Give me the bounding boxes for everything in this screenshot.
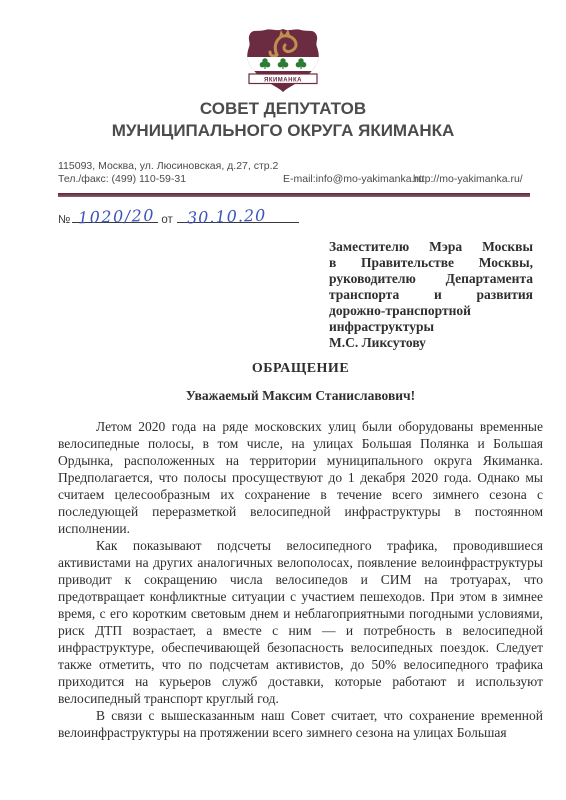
letter-paragraph: Летом 2020 года на ряде московских улиц …: [58, 418, 543, 537]
crest-ribbon: ЯКИМАНКА: [249, 74, 317, 84]
org-phone: Тел./факс: (499) 110-59-31: [58, 173, 186, 185]
letter-paragraph: Как показывают подсчеты велосипедного тр…: [58, 537, 543, 707]
recipient-line: дорожно-транспортной: [329, 303, 533, 319]
org-address: 115093, Москва, ул. Люсиновская, д.27, с…: [58, 160, 543, 172]
letterhead-contacts: 115093, Москва, ул. Люсиновская, д.27, с…: [58, 160, 543, 188]
ref-date-handwritten: 30.10.20: [186, 205, 266, 227]
org-title-line2: МУНИЦИПАЛЬНОГО ОКРУГА ЯКИМАНКА: [0, 120, 566, 142]
salutation: Уважаемый Максим Станиславович!: [58, 388, 543, 404]
recipient-line: М.С. Ликсутову: [329, 335, 533, 351]
ref-number-handwritten: 1020/20: [78, 205, 156, 227]
ref-line: №1020/20от30.10.20: [58, 209, 543, 227]
ref-number-label: №: [58, 214, 70, 226]
recipient-line: инфраструктуры: [329, 319, 533, 335]
recipient-block: Заместителю Мэра Москвыв Правительстве М…: [329, 239, 533, 351]
org-title: СОВЕТ ДЕПУТАТОВ МУНИЦИПАЛЬНОГО ОКРУГА ЯК…: [0, 98, 566, 141]
coat-of-arms-graphic: ЯКИМАНКА: [241, 26, 325, 96]
org-email: E-mail:info@mo-yakimanka.ru: [283, 173, 424, 185]
org-website: http://mo-yakimanka.ru/: [413, 173, 523, 185]
coat-of-arms: ЯКИМАНКА: [241, 26, 325, 96]
contact-row: Тел./факс: (499) 110-59-31 E-mail:info@m…: [58, 173, 543, 188]
letter-page: ЯКИМАНКА СОВЕТ ДЕПУТАТОВ МУНИЦИПАЛЬНОГО …: [0, 0, 566, 800]
ref-date-label: от: [161, 214, 172, 226]
letter-paragraph: В связи с вышесказанным наш Совет считае…: [58, 707, 543, 741]
recipient-line: в Правительстве Москвы,: [329, 255, 533, 271]
org-title-line1: СОВЕТ ДЕПУТАТОВ: [0, 98, 566, 120]
doc-title: ОБРАЩЕНИЕ: [58, 361, 543, 377]
recipient-line: руководителю Департамента: [329, 271, 533, 287]
recipient-line: транспорта и развития: [329, 287, 533, 303]
ref-date-blank: 30.10.20: [177, 209, 299, 223]
letter-body: Летом 2020 года на ряде московских улиц …: [58, 418, 543, 741]
recipient-line: Заместителю Мэра Москвы: [329, 239, 533, 255]
ref-number-blank: 1020/20: [72, 209, 158, 223]
crest-ribbon-text: ЯКИМАНКА: [264, 78, 302, 84]
letterhead-divider: [58, 193, 530, 197]
letter-content: 115093, Москва, ул. Люсиновская, д.27, с…: [58, 160, 543, 741]
